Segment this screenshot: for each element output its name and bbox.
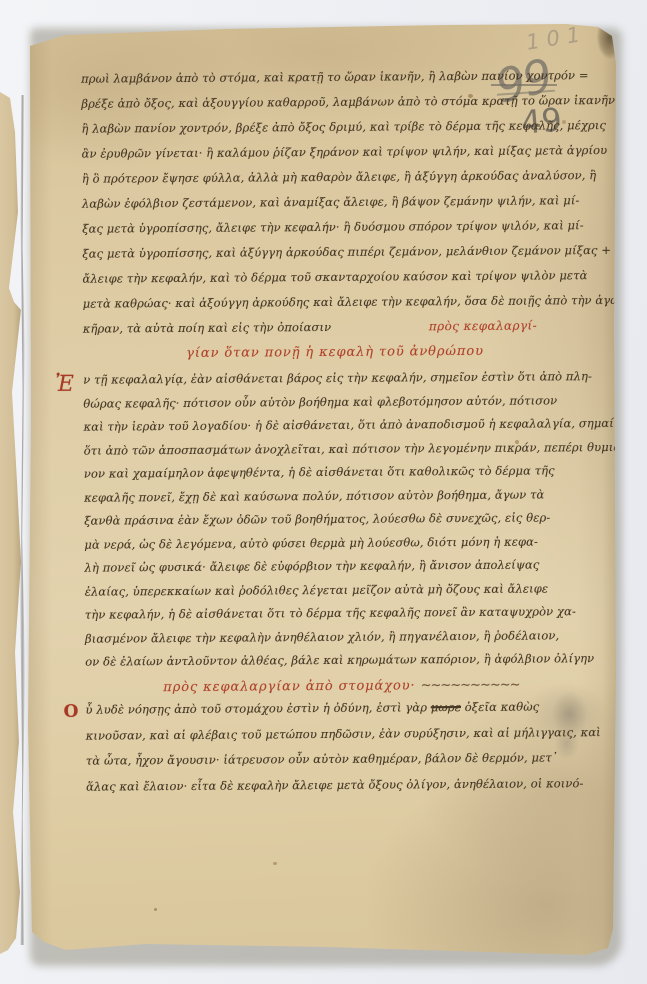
manuscript-text-layer: πρωὶ λαμβάνον ἀπὸ τὸ στόμα, καὶ κρατῇ το… [23,22,620,960]
text-line: μὰ νερά, ὡς δὲ λεγόμενα, αὐτὸ φύσει θερμ… [84,534,536,561]
text-line: ἐλαίας, ὑπερεκκαίων καὶ ῥοδόλιθες λέγετα… [85,581,537,608]
text-line: ἢ ὃ πρότερον ἔψησε φύλλα, ἀλλὰ μὴ καθαρὸ… [82,169,534,197]
text-line: ἅλας καὶ ἔλαιον· εἶτα δὲ κεφαλὴν ἄλειφε … [86,776,538,805]
text-block-1: πρωὶ λαμβάνον ἀπὸ τὸ στόμα, καὶ κρατῇ το… [81,69,535,347]
text-line: κεφαλῆς πονεῖ, ἔχῃ δὲ καὶ καύσωνα πολύν,… [84,487,536,514]
text-line: κινοῦσαν, καὶ αἱ φλέβαις τοῦ μετώπου πηδ… [86,725,538,754]
text-line-with-rubric: κῆραν, τὰ αὐτὰ ποίη καὶ εἰς τὴν ὁποίασιν… [83,319,535,347]
rubric-initial-omicron: Ο [63,702,78,722]
text-line: καὶ τὴν ἱερὰν τοῦ λογαδίου· ἡ δὲ αἰσθάνε… [83,417,535,444]
text-line-with-correction: ὗ λυδὲ νόησῃς ἀπὸ τοῦ στομάχου ἐστὶν ἡ ὀ… [85,699,537,728]
rubric-initial-epsilon: Ἐ [55,372,74,397]
text-line: ον δὲ ἐλαίων ἀντλοῦντον ἀλθέας, βάλε καὶ… [85,651,537,678]
text-line: τὴν κεφαλήν, ἡ δὲ αἰσθάνεται ὅτι τὸ δέρμ… [85,604,537,631]
text-line: ἂν ἐρυθρῶν γίνεται· ἢ καλάμου ῥίζαν ξηρά… [82,144,534,172]
text-line: τὰ ὦτα, ἦχον ἄγουσιν· ἰάτρευσον οὖν αὐτὸ… [86,750,538,779]
text-line: ν τῇ κεφαλαλγίᾳ, ἐὰν αἰσθάνεται βάρος εἰ… [83,370,535,397]
text-line-fragment: ὀξεῖα καθὼς [461,699,539,714]
text-line: ὅτι ἀπὸ τῶν ἀποσπασμάτων ἀνοχλεῖται, καὶ… [84,440,536,467]
text-line: πρωὶ λαμβάνον ἀπὸ τὸ στόμα, καὶ κρατῇ το… [81,69,533,97]
struck-out-word: μωρε [431,700,461,714]
line-filler-squiggle: ~~~~~~~~~~ [421,678,520,694]
binding-gap [19,95,27,945]
text-block-2: ν τῇ κεφαλαλγίᾳ, ἐὰν αἰσθάνεται βάρος εἰ… [83,370,537,679]
text-line: ἄλειφε τὴν κεφαλήν, καὶ τὸ δέρμα τοῦ σκα… [82,269,534,297]
text-line: βιασμένον ἄλειφε τὴν κεφαλὴν ἀνηθέλαιον … [85,628,537,655]
text-line: λὴ πονεῖ ὡς φυσικά· ἄλειφε δὲ εὐφόρβιον … [84,557,536,584]
rubric-heading-1: γίαν ὅταν πονῇ ἡ κεφαλὴ τοῦ ἀνθρώπου [83,343,561,370]
text-line: λαβὼν ἐφόλβιον ζεστάμενον, καὶ ἀναμίξας … [82,194,534,222]
manuscript-page: 101 99 49 πρωὶ λαμβάνον ἀπὸ τὸ στόμα, κα… [26,24,616,958]
rubric-heading-text: πρὸς κεφαλαργίαν ἀπὸ στομάχου· [163,678,415,695]
text-line: θώρας κεφαλῆς· πότισον οὖν αὐτὸν βοήθημα… [83,393,535,420]
text-line-fragment: κῆραν, τὰ αὐτὰ ποίη καὶ εἰς τὴν ὁποίασιν [83,320,331,336]
text-block-3: ὗ λυδὲ νόησῃς ἀπὸ τοῦ στομάχου ἐστὶν ἡ ὀ… [85,699,538,804]
text-line-fragment: ὗ λυδὲ νόησῃς ἀπὸ τοῦ στομάχου ἐστὶν ἡ ὀ… [85,700,430,716]
text-line: ξας μετὰ ὑγροπίσσης, ἄλειφε τὴν κεφαλήν·… [82,219,534,247]
text-line: νον καὶ χαμαίμηλον ἀφεψηθέντα, ἡ δὲ αἰσθ… [84,463,536,490]
text-line: βρέξε ἀπὸ ὄξος, καὶ ἀξουγγίου καθαρροῦ, … [81,94,533,122]
rubric-catchword: πρὸς κεφαλαργί- [429,318,537,333]
text-line: ἢ λαβὼν πανίον χοντρόν, βρέξε ἀπὸ ὄξος δ… [81,119,533,147]
text-line: ξανθὰ πράσινα ἐὰν ἔχων ὀδῶν τοῦ βοηθήματ… [84,510,536,537]
text-line: μετὰ καθρώας· καὶ ἀξούγγη ἀρκούδης καὶ ἄ… [83,294,535,322]
text-line: ξας μετὰ ὑγροπίσσης, καὶ ἀξύγγη ἀρκούδας… [82,244,534,272]
previous-leaf-torn-edge [0,92,24,954]
